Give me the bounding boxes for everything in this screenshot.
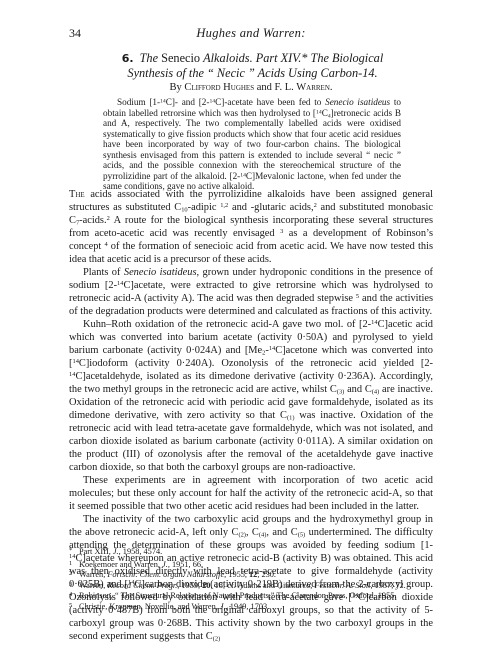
byline-by: By [169,82,181,93]
running-title: Hughes and Warren: [69,26,433,41]
footnote: 4Robinson, “ The Structural Relations of… [69,590,449,601]
abstract: Sodium [1-14C]- and [2-14C]-acetate have… [103,97,401,192]
footnote: 2Warren, Fortschr. Chem. organ. Natursto… [69,569,449,580]
title-part: The [140,51,158,65]
footnote-mark: 5 [69,601,79,611]
body-paragraph-1: The acids associated with the pyrrolizid… [69,188,433,266]
abstract-paragraph: Sodium [1-14C]- and [2-14C]-acetate have… [103,97,401,192]
footnote-mark: 1 [69,559,79,569]
journal-page: 34 Hughes and Warren: 6.The Senecio Alka… [0,0,500,655]
author-name: F. L. Warren. [275,82,333,93]
footnote: 5Christie, Kropman, Novellie, and Warren… [69,601,449,612]
title-part: Alkaloids. Part XIV.* The Biological [203,51,383,65]
footnote: *Part XIII, J., 1958, 4574. [69,546,449,557]
running-header: 34 Hughes and Warren: [69,26,433,42]
title-line-2: Synthesis of the “ Necic ” Acids Using C… [100,66,405,81]
footnote-mark: * [69,546,79,556]
article-title: 6.The Senecio Alkaloids. Part XIV.* The … [100,51,405,81]
body-paragraph-3: Kuhn–Roth oxidation of the retronecic ac… [69,318,433,474]
body-paragraph-4: These experiments are in agreement with … [69,474,433,513]
article-number: 6. [122,52,134,65]
footnote: 3Warren, Record Chem. Progr., 1959, 20, … [69,580,449,591]
byline-and: and [257,82,272,93]
footnotes: *Part XIII, J., 1958, 4574.1Koekemoer an… [69,546,449,612]
author-name: Clifford Hughes [184,82,254,93]
body-paragraph-2: Plants of Senecio isatideus, grown under… [69,266,433,318]
footnote-mark: 2 [69,569,79,579]
title-part: Senecio [158,51,203,65]
footnote: 1Koekemoer and Warren, J., 1951, 66. [69,559,449,570]
author-byline: By Clifford Hughes and F. L. Warren. [69,82,433,93]
footnote-mark: 3 [69,580,79,590]
title-line-1: 6.The Senecio Alkaloids. Part XIV.* The … [100,51,405,66]
footnote-mark: 4 [69,590,79,600]
